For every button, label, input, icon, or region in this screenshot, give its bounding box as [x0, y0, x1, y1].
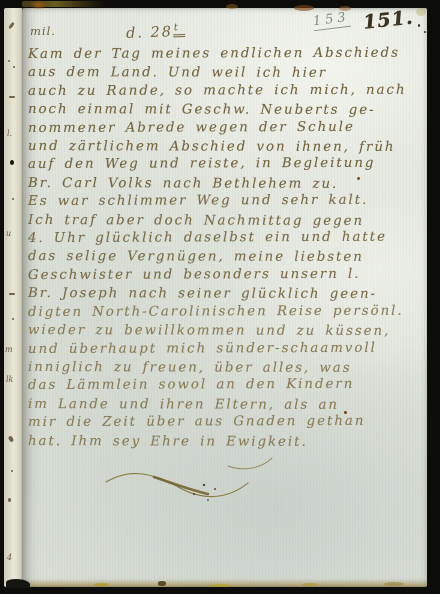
- bottom-stain: [158, 581, 166, 586]
- manuscript-line: 4. Uhr glücklich daselbst ein und hatte: [28, 229, 420, 249]
- edge-ink-mark: [8, 498, 11, 502]
- manuscript-line: auch zu Rande, so machte ich mich, nach: [28, 81, 420, 101]
- edge-ink-mark: [13, 66, 15, 68]
- top-edge-stain: [339, 6, 351, 11]
- manuscript-text: Kam der Tag meines endlichen Abschieds a…: [28, 46, 420, 451]
- bottom-stain: [302, 583, 318, 586]
- edge-ink-mark: 4: [7, 554, 12, 562]
- edge-ink-mark: [8, 22, 15, 29]
- edge-ink-mark: [11, 470, 13, 472]
- edge-ink-mark: [9, 293, 15, 295]
- foxing-speck: [418, 24, 420, 27]
- manuscript-line: wieder zu bewillkommen und zu küssen,: [28, 322, 420, 341]
- flourish: [102, 456, 277, 502]
- top-edge-stain: [226, 4, 238, 9]
- bottom-stain: [94, 583, 109, 586]
- date-heading: d. 28t: [126, 22, 186, 42]
- manuscript-line: das Lämmlein sowol an den Kindern: [28, 376, 420, 396]
- manuscript-page: mil. d. 28t 153 151. Kam der Tag meines …: [22, 8, 427, 587]
- manuscript-line: Geschwister und besonders unsern l.: [28, 266, 420, 286]
- manuscript-line: und überhaupt mich sünder-schaamvoll: [28, 339, 420, 359]
- catchword: mil.: [30, 24, 56, 38]
- edge-ink-mark: [9, 96, 15, 98]
- manuscript-line: Es war schlimmer Weg und sehr kalt.: [28, 192, 420, 212]
- manuscript-line: digten North-Carolinischen Reise persönl…: [28, 302, 420, 322]
- top-edge-stain: [416, 8, 426, 16]
- manuscript-line: nommener Abrede wegen der Schule: [28, 118, 420, 138]
- edge-ink-mark: lk: [6, 376, 13, 384]
- date-heading-text: d. 28: [126, 24, 173, 42]
- edge-ink-mark: u: [6, 230, 11, 238]
- edge-ink-mark: [12, 198, 14, 200]
- bottom-stain: [210, 584, 232, 587]
- manuscript-scan: l. u m lk 4 mil. d. 28t 153 151. Kam der…: [0, 0, 440, 594]
- corner-shadow: [6, 579, 30, 588]
- edge-ink-mark: [10, 160, 14, 165]
- bottom-stain: [384, 582, 404, 586]
- foxing-speck: [424, 31, 426, 33]
- facing-page-edge: l. u m lk 4: [4, 8, 22, 587]
- edge-ink-mark: m: [5, 346, 13, 354]
- edge-ink-mark: [8, 60, 10, 62]
- date-heading-superscript: t: [173, 22, 186, 37]
- edge-ink-mark: l.: [7, 130, 12, 138]
- page-number-ink: 151.: [362, 6, 414, 33]
- foxing-speck: [357, 177, 360, 180]
- manuscript-line: noch einmal mit Geschw. Neuberts ge-: [28, 101, 420, 120]
- top-edge-stain: [30, 0, 47, 10]
- edge-ink-mark: [8, 435, 14, 442]
- manuscript-line: mir die Zeit über aus Gnaden gethan: [28, 413, 420, 433]
- manuscript-line: hat. Ihm sey Ehre in Ewigkeit.: [28, 433, 420, 452]
- foxing-speck: [344, 411, 347, 414]
- manuscript-line: Kam der Tag meines endlichen Abschieds: [28, 45, 420, 65]
- edge-ink-mark: [12, 318, 14, 320]
- page-number-pencil: 153: [312, 10, 351, 31]
- top-edge-stain: [294, 5, 314, 11]
- manuscript-line: Br. Joseph nach seiner glücklich geen-: [28, 285, 420, 304]
- manuscript-line: auf den Weg und reiste, in Begleitung: [28, 155, 420, 175]
